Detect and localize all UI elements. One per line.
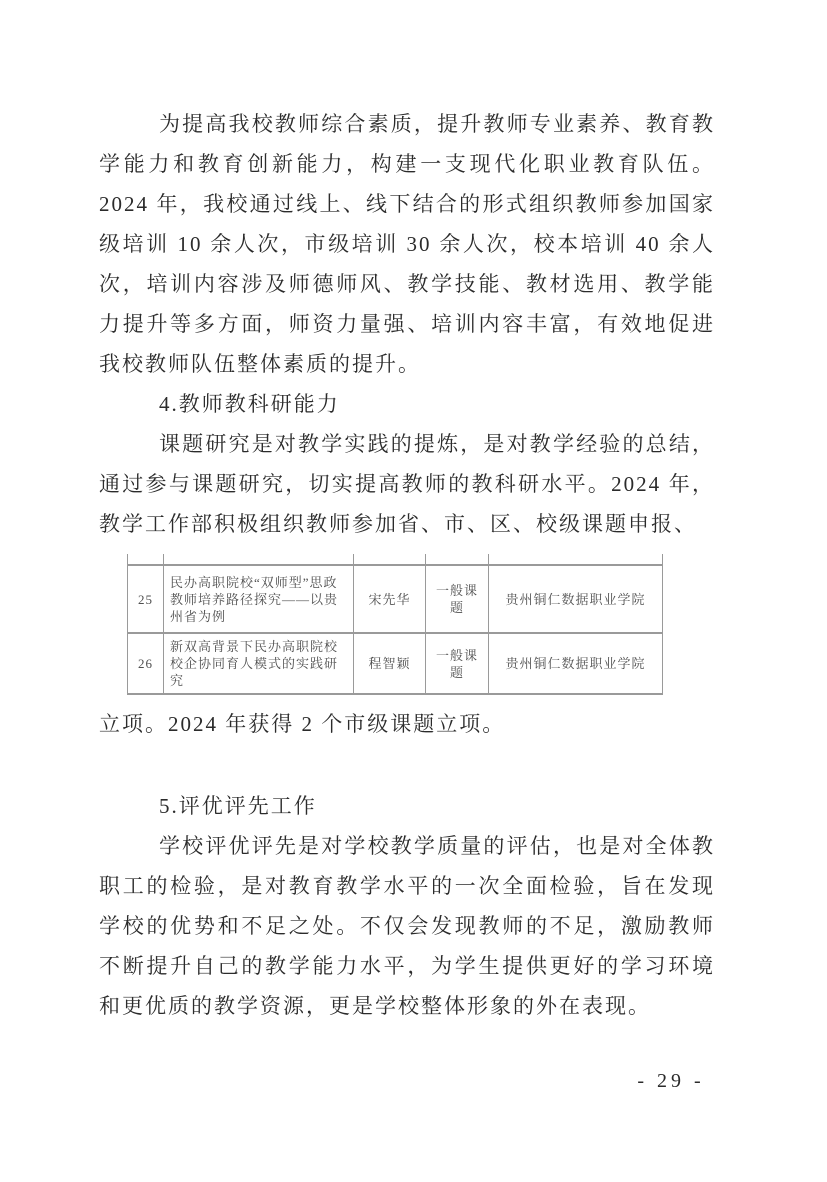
cell-project-leader: 程智颖: [354, 633, 426, 694]
cell-institution: 贵州铜仁数据职业学院: [489, 565, 663, 633]
cell-project-leader: 宋先华: [354, 565, 426, 633]
stub-cell: [164, 554, 354, 565]
paragraph-evaluation: 学校评优评先是对学校教学质量的评估，也是对全体教职工的检验，是对教育教学水平的一…: [99, 826, 715, 1026]
stub-cell: [354, 554, 426, 565]
table-row: 26 新双高背景下民办高职院校校企协同育人模式的实践研究 程智颖 一般课题 贵州…: [128, 633, 663, 694]
cell-institution: 贵州铜仁数据职业学院: [489, 633, 663, 694]
stub-cell: [128, 554, 164, 565]
heading-section-4: 4.教师教科研能力: [99, 384, 715, 424]
cell-serial-number: 26: [128, 633, 164, 694]
table-row: 25 民办高职院校“双师型”思政教师培养路径探究——以贵州省为例 宋先华 一般课…: [128, 565, 663, 633]
cell-project-title: 新双高背景下民办高职院校校企协同育人模式的实践研究: [164, 633, 354, 694]
document-body: 为提高我校教师综合素质，提升教师专业素养、教育教学能力和教育创新能力，构建一支现…: [99, 104, 715, 1026]
paragraph-approval-result: 立项。2024 年获得 2 个市级课题立项。: [99, 704, 715, 744]
cell-project-category: 一般课题: [426, 633, 489, 694]
cell-project-title: 民办高职院校“双师型”思政教师培养路径探究——以贵州省为例: [164, 565, 354, 633]
cell-serial-number: 25: [128, 565, 164, 633]
paragraph-research-intro: 课题研究是对教学实践的提炼，是对教学经验的总结，通过参与课题研究，切实提高教师的…: [99, 424, 715, 544]
page-number: - 29 -: [636, 1070, 706, 1093]
cell-project-category: 一般课题: [426, 565, 489, 633]
heading-section-5: 5.评优评先工作: [99, 786, 715, 826]
stub-cell: [489, 554, 663, 565]
project-approval-table: 25 民办高职院校“双师型”思政教师培养路径探究——以贵州省为例 宋先华 一般课…: [127, 554, 663, 695]
document-page: 为提高我校教师综合素质，提升教师专业素养、教育教学能力和教育创新能力，构建一支现…: [0, 0, 827, 1182]
table-row-continued-stub: [128, 554, 663, 565]
stub-cell: [426, 554, 489, 565]
paragraph-teacher-training: 为提高我校教师综合素质，提升教师专业素养、教育教学能力和教育创新能力，构建一支现…: [99, 104, 715, 384]
